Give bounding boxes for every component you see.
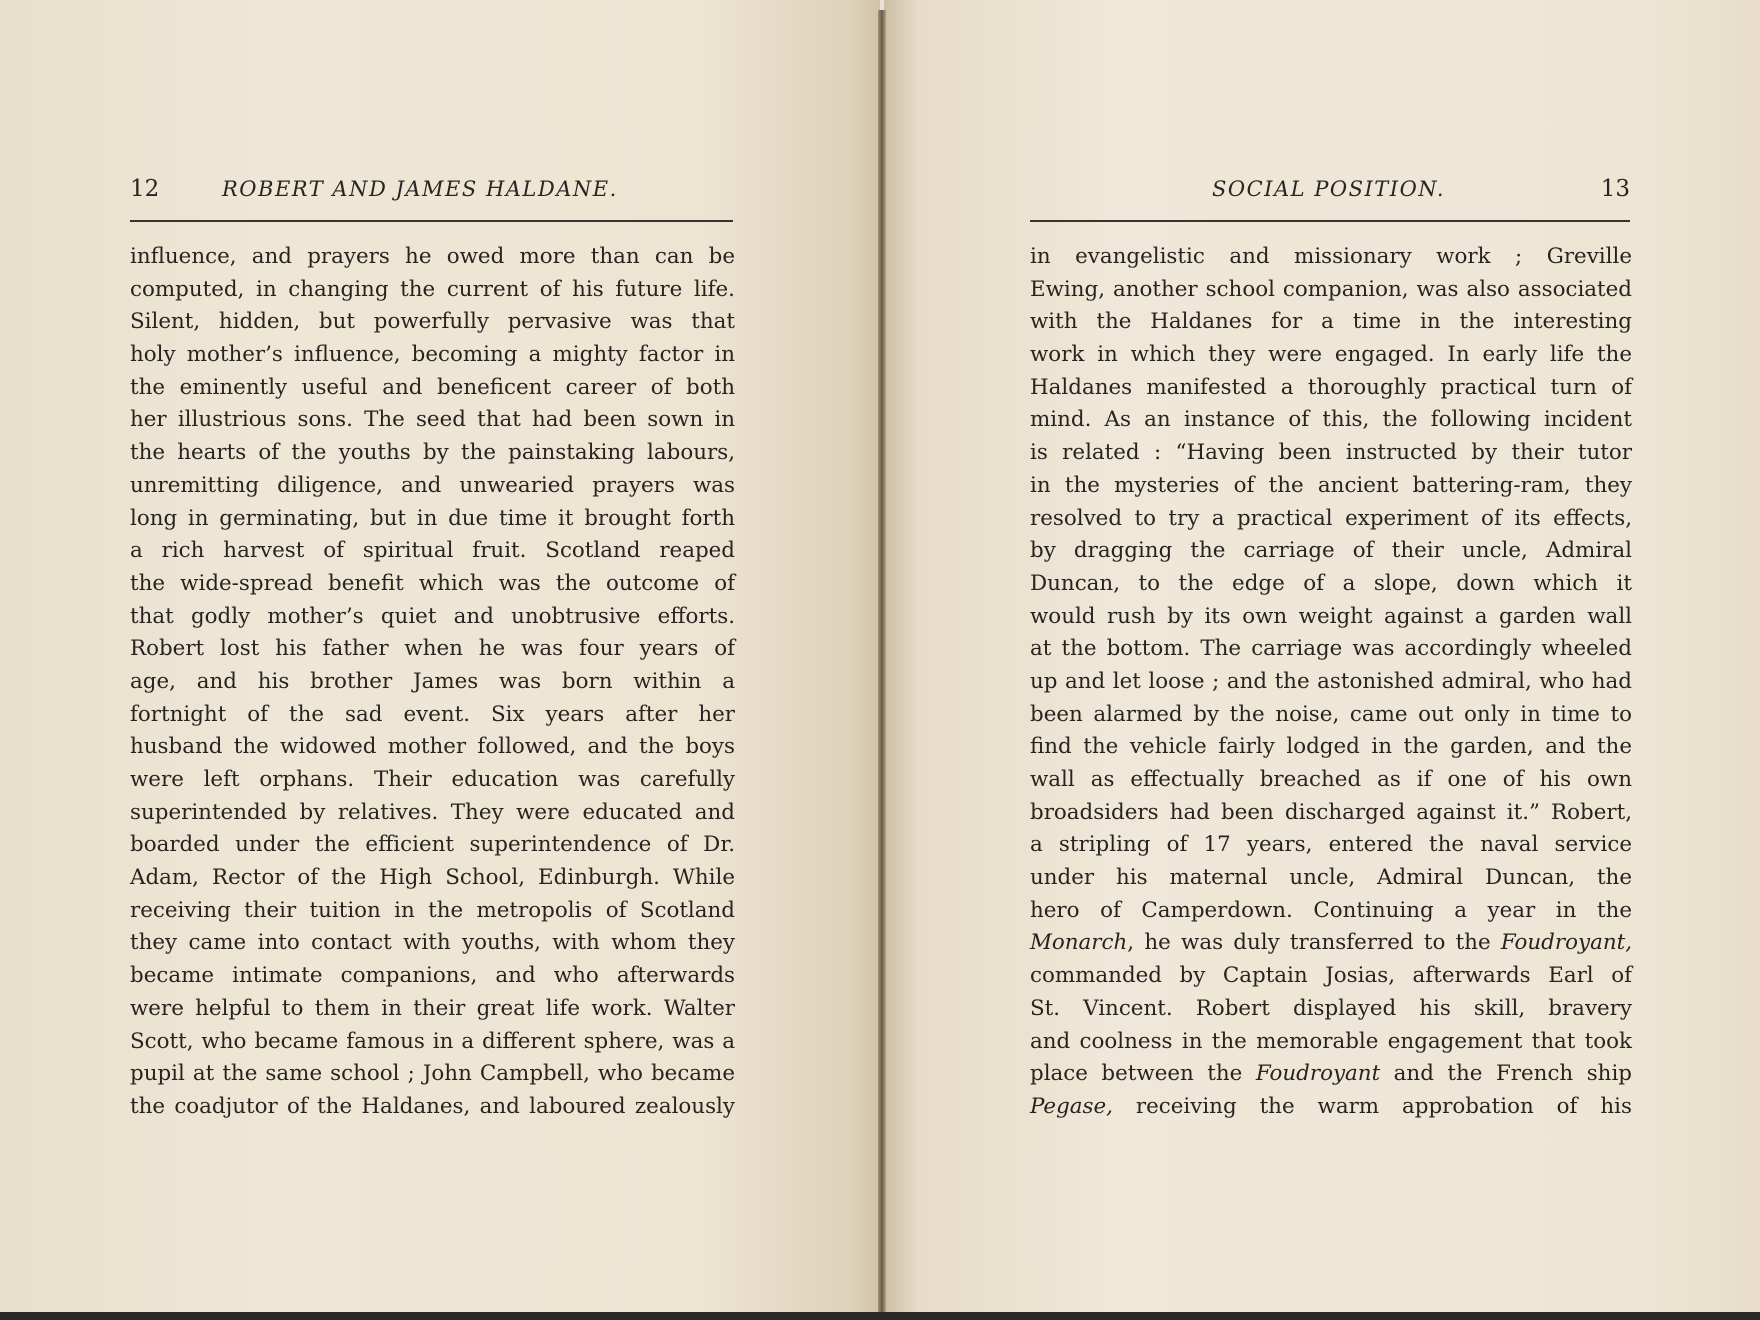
text-line: under his maternal uncle, Admiral Duncan… — [1030, 862, 1632, 895]
text-line: a rich harvest of spiritual fruit. Scotl… — [130, 535, 735, 568]
text-line: up and let loose ; and the astonished ad… — [1030, 666, 1632, 699]
text-line: superintended by relatives. They were ed… — [130, 797, 735, 830]
body-text: influence, and prayers he owed more than… — [130, 241, 735, 1124]
text-line: Scott, who became famous in a different … — [130, 1026, 735, 1059]
page-number: 12 — [130, 172, 159, 206]
text-line: age, and his brother James was born with… — [130, 666, 735, 699]
text-line: Adam, Rector of the High School, Edinbur… — [130, 862, 735, 895]
text-line: resolved to try a practical experiment o… — [1030, 503, 1632, 536]
right-running-head: SOCIAL POSITION. 13 — [1030, 172, 1630, 206]
book-spread: 12 ROBERT AND JAMES HALDANE. influence, … — [0, 0, 1760, 1320]
text-line: work in which they were engaged. In earl… — [1030, 339, 1632, 372]
text-line: the hearts of the youths by the painstak… — [130, 437, 735, 470]
text-line: by dragging the carriage of their uncle,… — [1030, 535, 1632, 568]
text-line: her illustrious sons. The seed that had … — [130, 404, 735, 437]
text-line: hero of Camperdown. Continuing a year in… — [1030, 895, 1632, 928]
text-line: were helpful to them in their great life… — [130, 993, 735, 1026]
text-line: in evangelistic and missionary work ; Gr… — [1030, 241, 1632, 274]
header-rule — [130, 220, 733, 222]
body-text: in evangelistic and missionary work ; Gr… — [1030, 241, 1632, 1124]
text-line: would rush by its own weight against a g… — [1030, 601, 1632, 634]
text-line: computed, in changing the current of his… — [130, 274, 735, 307]
text-line: became intimate companions, and who afte… — [130, 960, 735, 993]
text-line: husband the widowed mother followed, and… — [130, 731, 735, 764]
text-line: in the mysteries of the ancient batterin… — [1030, 470, 1632, 503]
page-number: 13 — [1601, 172, 1630, 206]
text-line: Ewing, another school companion, was als… — [1030, 274, 1632, 307]
text-line: is related : “Having been instructed by … — [1030, 437, 1632, 470]
text-line: the coadjutor of the Haldanes, and labou… — [130, 1091, 735, 1124]
running-head-title: SOCIAL POSITION. — [1212, 172, 1445, 206]
text-line: at the bottom. The carriage was accordin… — [1030, 633, 1632, 666]
text-line: commanded by Captain Josias, afterwards … — [1030, 960, 1632, 993]
text-line: with the Haldanes for a time in the inte… — [1030, 306, 1632, 339]
left-page: 12 ROBERT AND JAMES HALDANE. influence, … — [0, 0, 880, 1314]
text-line: receiving their tuition in the metropoli… — [130, 895, 735, 928]
text-line: Monarch, he was duly transferred to the … — [1030, 927, 1632, 960]
text-line: influence, and prayers he owed more than… — [130, 241, 735, 274]
text-line: Duncan, to the edge of a slope, down whi… — [1030, 568, 1632, 601]
right-page: SOCIAL POSITION. 13 in evangelistic and … — [884, 0, 1760, 1314]
text-line: the eminently useful and beneficent care… — [130, 372, 735, 405]
text-line: were left orphans. Their education was c… — [130, 764, 735, 797]
text-line: Haldanes manifested a thoroughly practic… — [1030, 372, 1632, 405]
text-line: mind. As an instance of this, the follow… — [1030, 404, 1632, 437]
text-line: holy mother’s influence, becoming a migh… — [130, 339, 735, 372]
text-line: broadsiders had been discharged against … — [1030, 797, 1632, 830]
header-rule — [1030, 220, 1630, 222]
text-line: been alarmed by the noise, came out only… — [1030, 699, 1632, 732]
text-line: they came into contact with youths, with… — [130, 927, 735, 960]
text-line: the wide-spread benefit which was the ou… — [130, 568, 735, 601]
text-line: pupil at the same school ; John Campbell… — [130, 1058, 735, 1091]
text-line: a stripling of 17 years, entered the nav… — [1030, 829, 1632, 862]
text-line: long in germinating, but in due time it … — [130, 503, 735, 536]
text-line: St. Vincent. Robert displayed his skill,… — [1030, 993, 1632, 1026]
running-head-title: ROBERT AND JAMES HALDANE. — [222, 172, 618, 206]
scan-bottom-edge — [0, 1312, 1760, 1320]
book-gutter — [878, 10, 886, 1320]
text-line: place between the Foudroyant and the Fre… — [1030, 1058, 1632, 1091]
text-line: Pegase, receiving the warm approbation o… — [1030, 1091, 1632, 1124]
left-running-head: 12 ROBERT AND JAMES HALDANE. — [130, 172, 733, 206]
text-line: find the vehicle fairly lodged in the ga… — [1030, 731, 1632, 764]
text-line: boarded under the efficient superintende… — [130, 829, 735, 862]
text-line: fortnight of the sad event. Six years af… — [130, 699, 735, 732]
text-line: wall as effectually breached as if one o… — [1030, 764, 1632, 797]
text-line: unremitting diligence, and unwearied pra… — [130, 470, 735, 503]
text-line: Silent, hidden, but powerfully pervasive… — [130, 306, 735, 339]
text-line: and coolness in the memorable engagement… — [1030, 1026, 1632, 1059]
text-line: Robert lost his father when he was four … — [130, 633, 735, 666]
text-line: that godly mother’s quiet and unobtrusiv… — [130, 601, 735, 634]
